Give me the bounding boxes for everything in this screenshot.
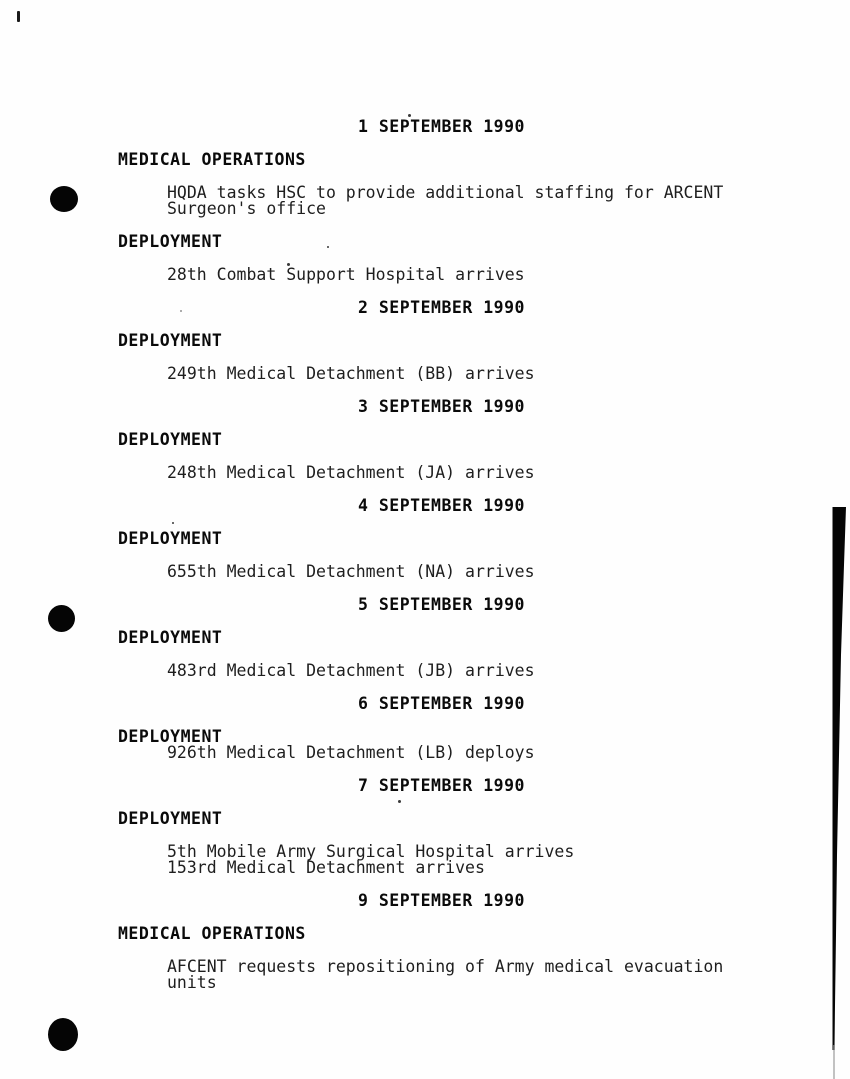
document-body: 1 SEPTEMBER 1990MEDICAL OPERATIONSHQDA t…: [0, 119, 850, 991]
section-heading: DEPLOYMENT: [0, 432, 850, 448]
event-line: units: [167, 975, 850, 991]
date-heading: 6 SEPTEMBER 1990: [0, 696, 850, 712]
scanned-document-page: 1 SEPTEMBER 1990MEDICAL OPERATIONSHQDA t…: [0, 0, 850, 1079]
event-text: 926th Medical Detachment (LB) deploys: [0, 745, 850, 761]
event-text: 5th Mobile Army Surgical Hospital arrive…: [0, 844, 850, 876]
event-text: 249th Medical Detachment (BB) arrives: [0, 366, 850, 382]
section-heading: MEDICAL OPERATIONS: [0, 926, 850, 942]
date-heading: 7 SEPTEMBER 1990: [0, 778, 850, 794]
section-heading: DEPLOYMENT: [0, 234, 850, 250]
section-heading: DEPLOYMENT: [0, 531, 850, 547]
section-heading: MEDICAL OPERATIONS: [0, 152, 850, 168]
event-text: 483rd Medical Detachment (JB) arrives: [0, 663, 850, 679]
event-line: 28th Combat Support Hospital arrives: [167, 267, 850, 283]
event-text: 655th Medical Detachment (NA) arrives: [0, 564, 850, 580]
date-heading: 2 SEPTEMBER 1990: [0, 300, 850, 316]
corner-tick-mark: [17, 11, 20, 22]
date-heading: 1 SEPTEMBER 1990: [0, 119, 850, 135]
date-heading: 4 SEPTEMBER 1990: [0, 498, 850, 514]
date-heading: 9 SEPTEMBER 1990: [0, 893, 850, 909]
event-line: 926th Medical Detachment (LB) deploys: [167, 745, 850, 761]
section-heading: DEPLOYMENT: [0, 811, 850, 827]
event-text: HQDA tasks HSC to provide additional sta…: [0, 185, 850, 217]
event-text: 248th Medical Detachment (JA) arrives: [0, 465, 850, 481]
event-line: 483rd Medical Detachment (JB) arrives: [167, 663, 850, 679]
event-line: AFCENT requests repositioning of Army me…: [167, 959, 850, 975]
date-heading: 3 SEPTEMBER 1990: [0, 399, 850, 415]
event-line: 249th Medical Detachment (BB) arrives: [167, 366, 850, 382]
section-heading: DEPLOYMENT: [0, 630, 850, 646]
event-text: 28th Combat Support Hospital arrives: [0, 267, 850, 283]
event-line: Surgeon's office: [167, 201, 850, 217]
event-line: 248th Medical Detachment (JA) arrives: [167, 465, 850, 481]
date-heading: 5 SEPTEMBER 1990: [0, 597, 850, 613]
hole-punch-icon: [48, 1018, 78, 1051]
event-line: 153rd Medical Detachment arrives: [167, 860, 850, 876]
event-text: AFCENT requests repositioning of Army me…: [0, 959, 850, 991]
section-heading: DEPLOYMENT: [0, 333, 850, 349]
event-line: 655th Medical Detachment (NA) arrives: [167, 564, 850, 580]
